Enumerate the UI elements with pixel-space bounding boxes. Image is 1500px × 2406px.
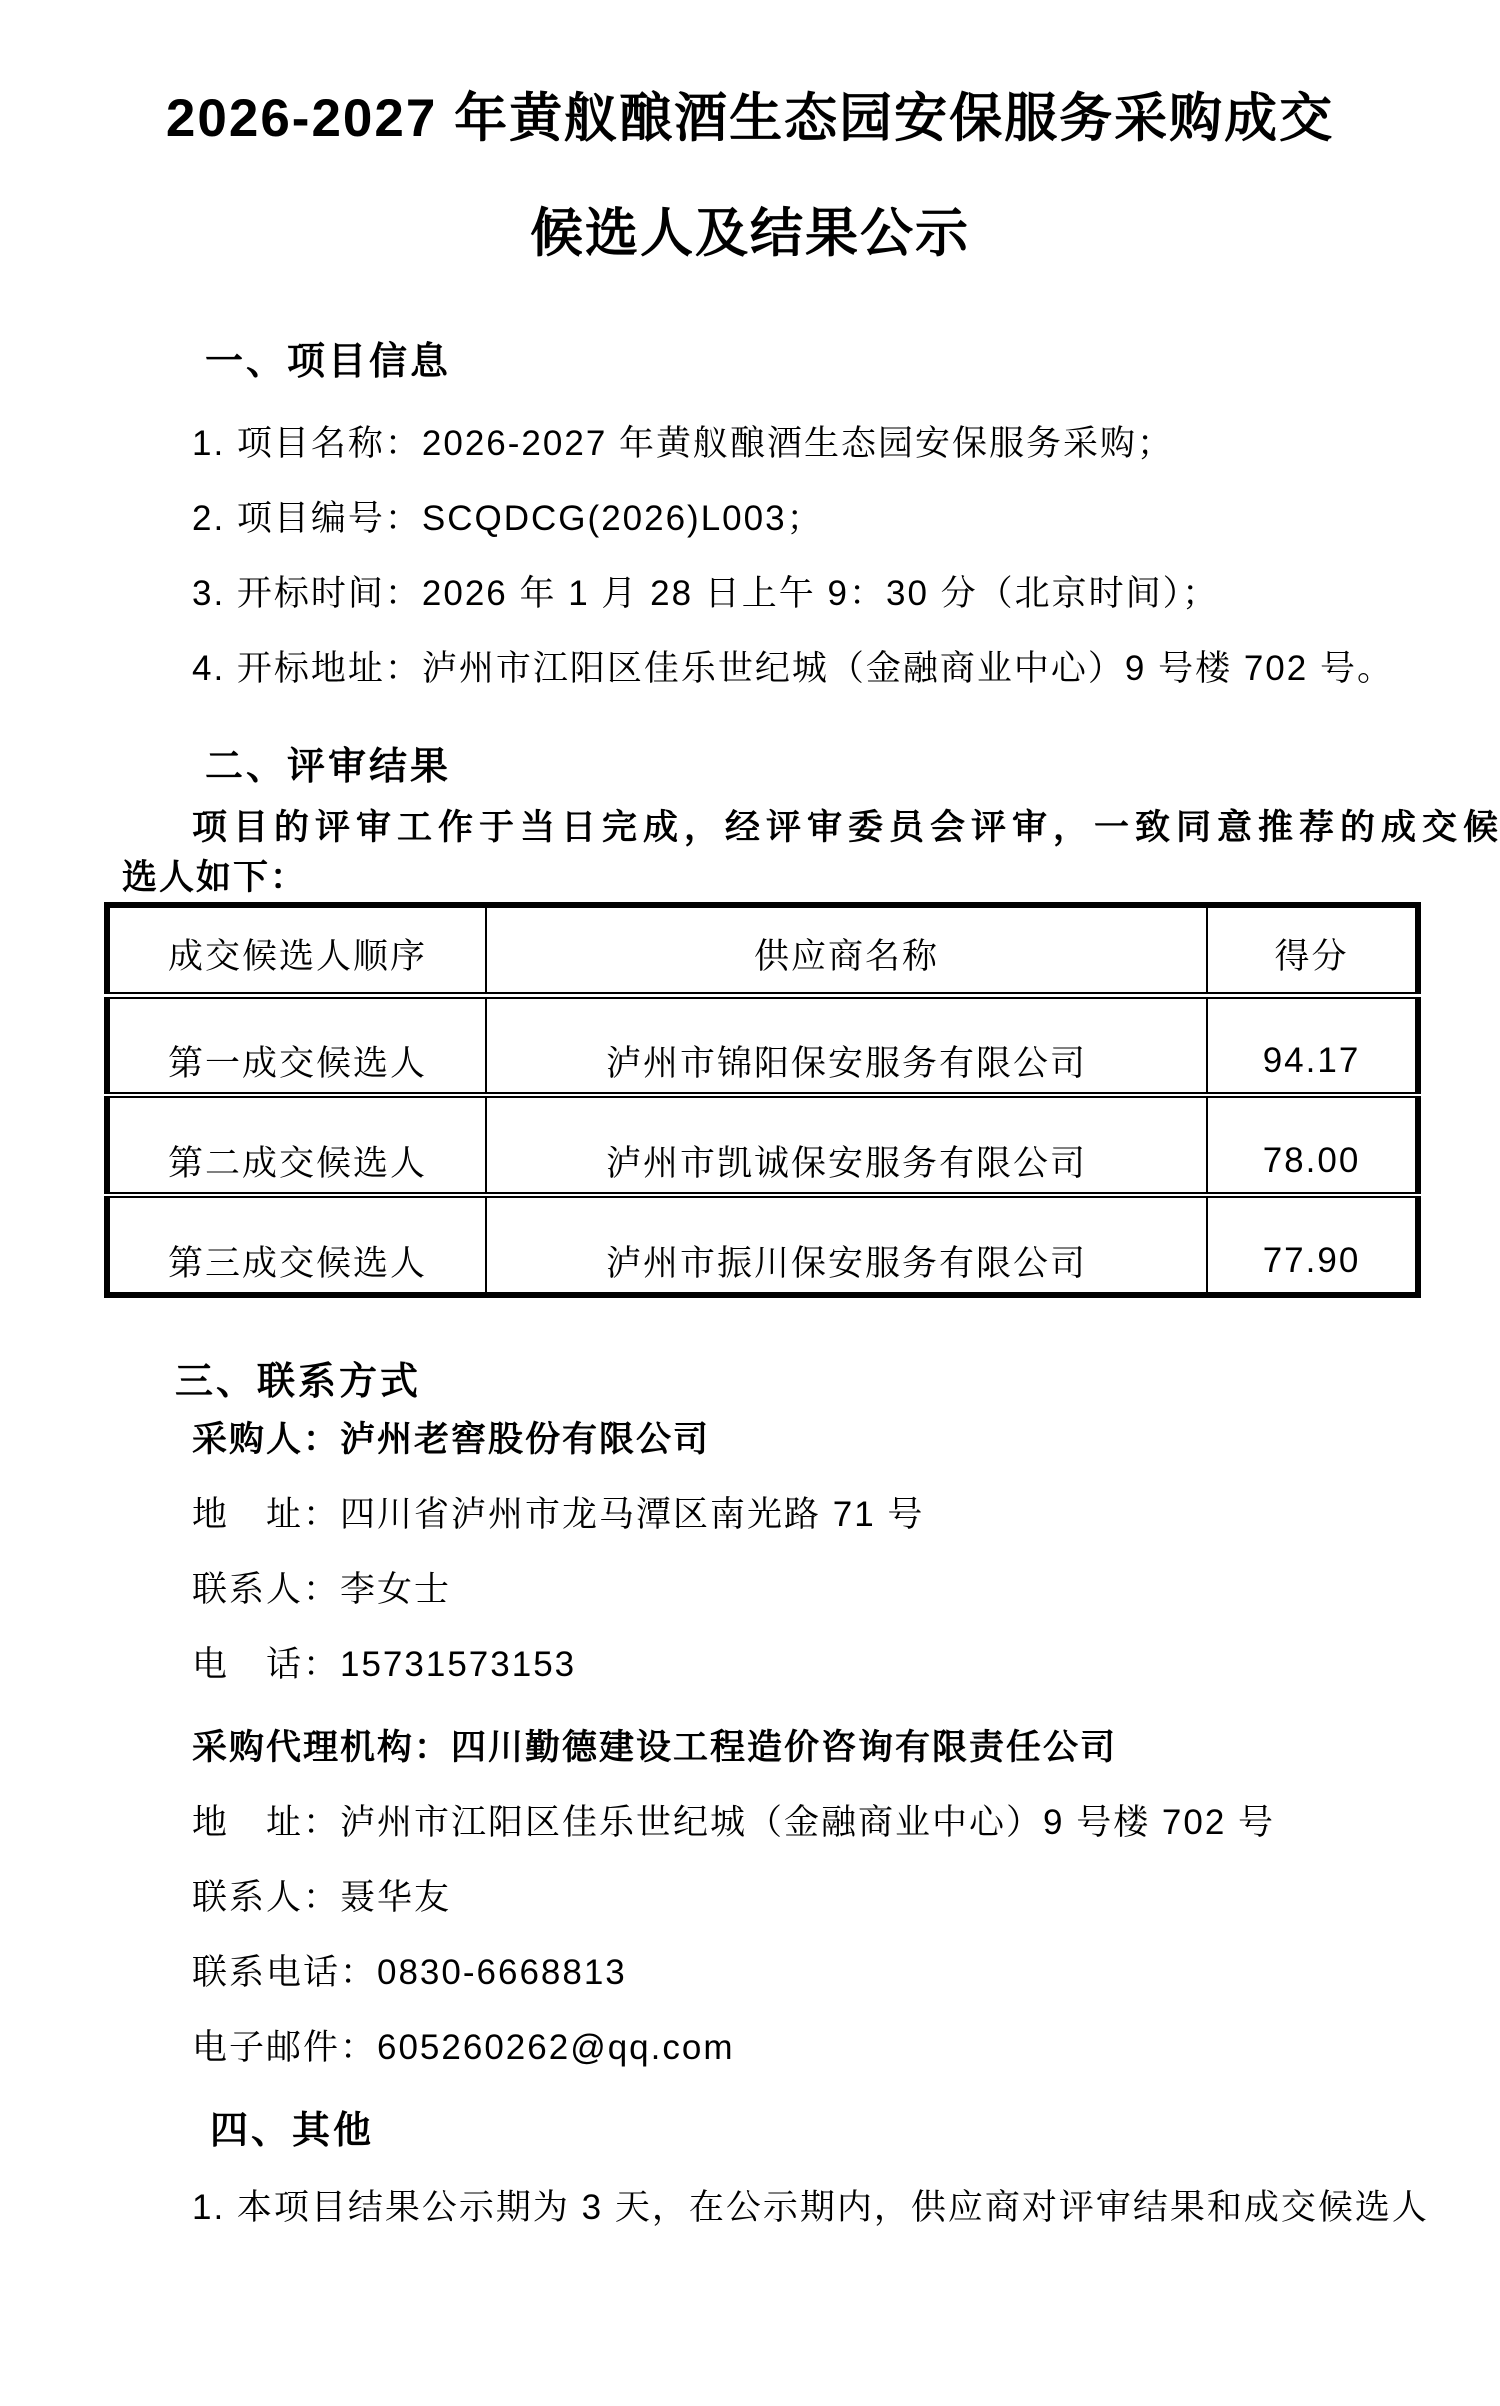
supplier-name-cell: 泸州市锦阳保安服务有限公司 [486,995,1207,1095]
section-heading-review-result: 二、评审结果 [205,735,451,790]
table-row: 第二成交候选人 泸州市凯诚保安服务有限公司 78.00 [107,1095,1418,1195]
section-heading-other: 四、其他 [210,2099,374,2154]
col-header-supplier-name: 供应商名称 [486,905,1207,995]
score-cell: 77.90 [1207,1195,1418,1295]
score-cell: 94.17 [1207,995,1418,1095]
buyer-phone-line: 电 话：15731573153 [192,1643,576,1687]
agency-phone-line: 联系电话：0830-6668813 [192,1951,627,1995]
buyer-contact-line: 联系人：李女士 [192,1568,451,1612]
candidate-order-cell: 第二成交候选人 [107,1095,486,1195]
table-header-row: 成交候选人顺序 供应商名称 得分 [107,905,1418,995]
result-table-wrapper: 成交候选人顺序 供应商名称 得分 第一成交候选人 泸州市锦阳保安服务有限公司 9… [104,902,1421,1298]
col-header-score: 得分 [1207,905,1418,995]
review-paragraph-line1: 项目的评审工作于当日完成，经评审委员会评审，一致同意推荐的成交候 [192,806,1500,850]
publicity-period-line: 1. 本项目结果公示期为 3 天，在公示期内，供应商对评审结果和成交候选人 [192,2186,1429,2230]
announcement-document: 2026-2027 年黄舣酿酒生态园安保服务采购成交 候选人及结果公示 一、项目… [0,0,1500,2406]
agency-contact-line: 联系人：聂华友 [192,1876,451,1920]
agency-email-line: 电子邮件：605260262@qq.com [192,2026,735,2070]
candidate-order-cell: 第三成交候选人 [107,1195,486,1295]
review-paragraph-line2: 选人如下： [122,856,307,900]
candidate-result-table: 成交候选人顺序 供应商名称 得分 第一成交候选人 泸州市锦阳保安服务有限公司 9… [104,902,1421,1298]
bid-opening-time-line: 3. 开标时间：2026 年 1 月 28 日上午 9：30 分（北京时间）； [192,572,1219,616]
section-heading-project-info: 一、项目信息 [205,330,451,385]
section-heading-contact-info: 三、联系方式 [175,1350,421,1405]
col-header-candidate-order: 成交候选人顺序 [107,905,486,995]
table-row: 第三成交候选人 泸州市振川保安服务有限公司 77.90 [107,1195,1418,1295]
project-number-line: 2. 项目编号：SCQDCG(2026)L003； [192,497,824,541]
doc-title-line1: 2026-2027 年黄舣酿酒生态园安保服务采购成交 [0,76,1500,152]
table-row: 第一成交候选人 泸州市锦阳保安服务有限公司 94.17 [107,995,1418,1095]
agency-line: 采购代理机构：四川勤德建设工程造价咨询有限责任公司 [192,1726,1117,1770]
agency-address-line: 地 址：泸州市江阳区佳乐世纪城（金融商业中心）9 号楼 702 号 [192,1801,1275,1845]
supplier-name-cell: 泸州市凯诚保安服务有限公司 [486,1095,1207,1195]
score-cell: 78.00 [1207,1095,1418,1195]
buyer-line: 采购人：泸州老窖股份有限公司 [192,1418,710,1462]
candidate-order-cell: 第一成交候选人 [107,995,486,1095]
bid-opening-address-line: 4. 开标地址：泸州市江阳区佳乐世纪城（金融商业中心）9 号楼 702 号。 [192,647,1394,691]
doc-title-line2: 候选人及结果公示 [0,191,1500,267]
buyer-address-line: 地 址：四川省泸州市龙马潭区南光路 71 号 [192,1493,924,1537]
supplier-name-cell: 泸州市振川保安服务有限公司 [486,1195,1207,1295]
project-name-line: 1. 项目名称：2026-2027 年黄舣酿酒生态园安保服务采购； [192,422,1174,466]
